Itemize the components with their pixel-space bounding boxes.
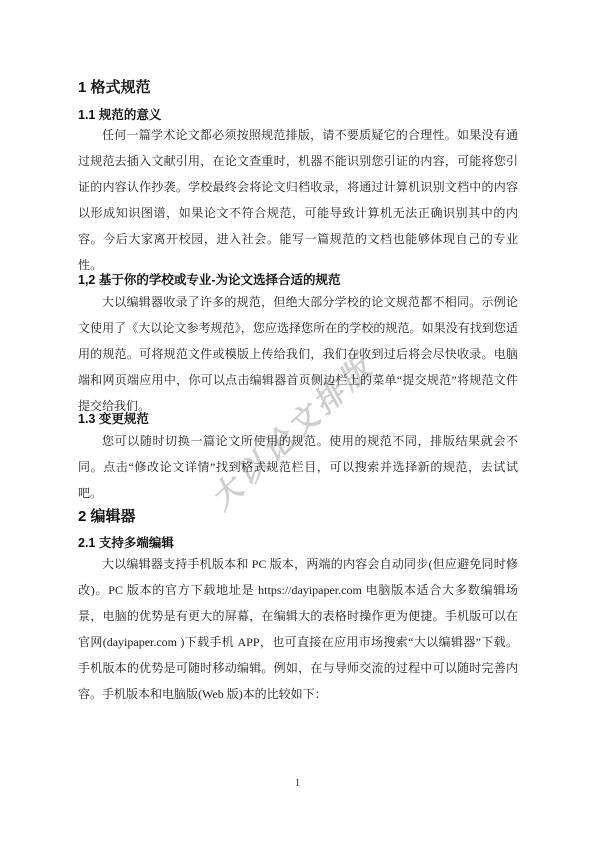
subsection-heading-2-1: 2.1 支持多端编辑: [78, 535, 518, 551]
section-heading-2: 2 编辑器: [78, 506, 518, 528]
section-heading-1: 1 格式规范: [78, 77, 518, 99]
subsection-heading-1-1: 1.1 规范的意义: [78, 107, 518, 123]
subsection-heading-1-2: 1,2 基于你的学校或专业-为论文选择合适的规范: [78, 272, 518, 288]
page-number: 1: [0, 778, 595, 789]
paragraph-1-2: 大以编辑器收录了许多的规范，但绝大部分学校的论文规范都不相同。示例论文使用了《大…: [78, 289, 518, 419]
subsection-heading-1-3: 1.3 变更规范: [78, 411, 518, 427]
paragraph-2-1: 大以编辑器支持手机版本和 PC 版本，两端的内容会自动同步(但应避免同时修改)。…: [78, 551, 518, 707]
document-page: 大以论文排版 1 格式规范 1.1 规范的意义 任何一篇学术论文都必须按照规范排…: [0, 0, 595, 842]
paragraph-1-1: 任何一篇学术论文都必须按照规范排版，请不要质疑它的合理性。如果没有通过规范去插入…: [78, 122, 518, 278]
paragraph-1-3: 您可以随时切换一篇论文所使用的规范。使用的规范不同，排版结果就会不同。点击“修改…: [78, 428, 518, 506]
